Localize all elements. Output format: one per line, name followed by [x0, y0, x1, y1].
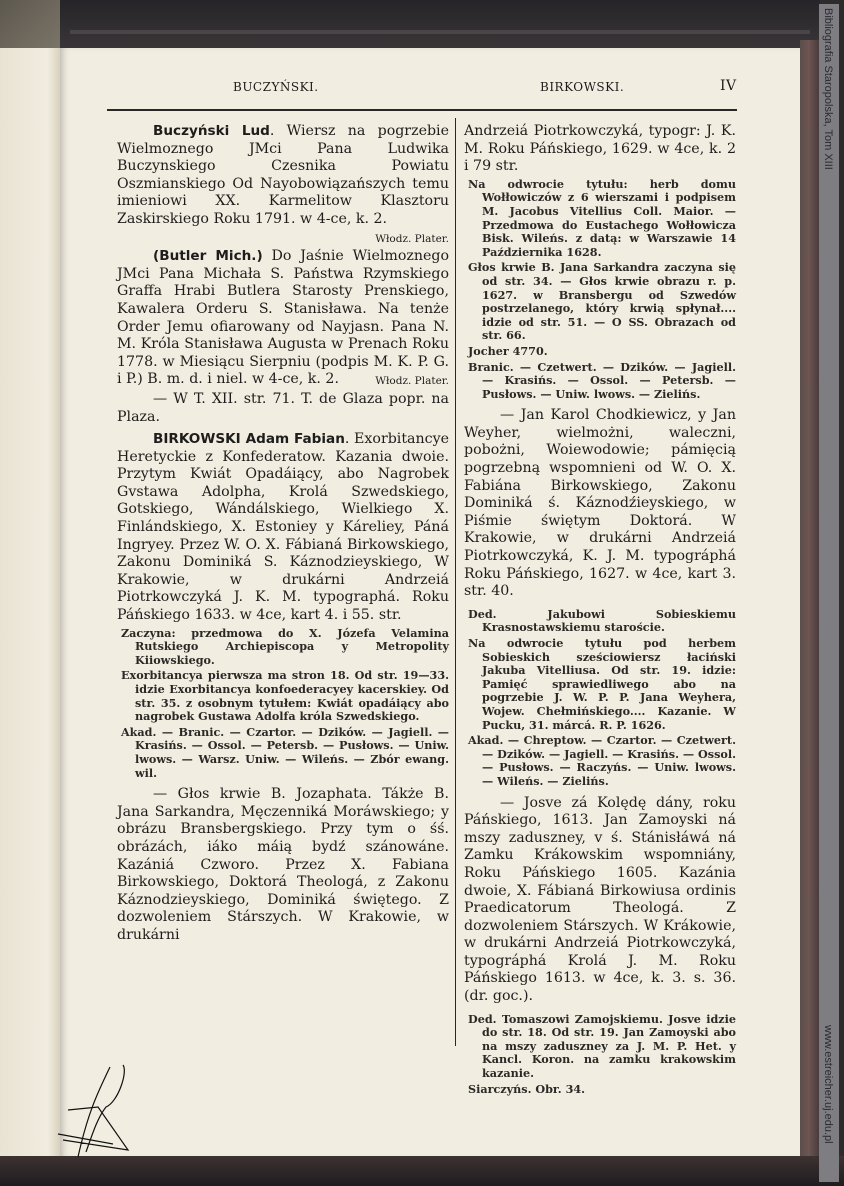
- dedication-note: Ded. Tomaszowi Zamojskiemu. Josve idzie …: [464, 1013, 736, 1081]
- watermark-title: Bibliografia Staropolska, Tom XIII: [822, 8, 834, 170]
- entry-chodkiewicz: — Jan Karol Chodkiewicz, y Jan Weyher, w…: [464, 407, 736, 601]
- entry-buczynski: Buczyński Lud. Wiersz na pogrzebie Wielm…: [117, 123, 449, 229]
- watermark-url: www.estreicher.uj.edu.pl: [822, 1025, 834, 1144]
- source-library: Włodz. Plater.: [339, 373, 449, 391]
- header-rule: [107, 109, 737, 111]
- binding-band: [70, 30, 810, 34]
- entry-text: Do Jaśnie Wielmoznego JMci Pana Michała …: [117, 248, 449, 387]
- right-column: Andrzeiá Piotrkowczyká, typogr: J. K. M.…: [464, 123, 736, 1098]
- dedication-note: Ded. Jakubowi Sobieskiemu Krasnostawskie…: [464, 608, 736, 635]
- handwritten-signature-icon: [48, 1062, 138, 1162]
- left-page-edge: [0, 48, 60, 1158]
- entry-glos-krwie: — Głos krwie B. Jozaphata. Tákże B. Jana…: [117, 786, 449, 944]
- entry-note: Exorbitancya pierwsza ma stron 18. Od st…: [117, 669, 449, 723]
- entry-heading: (Butler Mich.): [153, 248, 263, 264]
- entry-birkowski: BIRKOWSKI Adam Fabian. Exorbitancye Here…: [117, 431, 449, 625]
- watermark-strip: [819, 4, 839, 1182]
- entry-note: Na odwrocie tytułu: herb domu Wołłowiczó…: [464, 178, 736, 260]
- entry-heading: BIRKOWSKI Adam Fabian: [153, 431, 345, 447]
- bibliographic-reference: Jocher 4770.: [464, 345, 736, 359]
- bibliographic-reference: Siarczyńs. Obr. 34.: [464, 1083, 736, 1097]
- entry-glos-krwie-cont: Andrzeiá Piotrkowczyká, typogr: J. K. M.…: [464, 123, 736, 176]
- entry-josve: — Josve zá Kolędę dány, roku Páńskiego, …: [464, 795, 736, 1006]
- entry-note: Na odwrocie tytułu pod herbem Sobieskich…: [464, 637, 736, 732]
- library-holdings: Branic. — Czetwert. — Dzików. — Jagiell.…: [464, 361, 736, 402]
- entry-butler: (Butler Mich.) Do Jaśnie Wielmoznego JMc…: [117, 248, 449, 389]
- running-head-left: BUCZYŃSKI.: [233, 80, 319, 94]
- library-holdings: Akad. — Branic. — Czartor. — Dzików. — J…: [117, 726, 449, 780]
- correction-note: — W T. XII. str. 71. T. de Glaza popr. n…: [117, 391, 449, 426]
- page-number: IV: [720, 78, 737, 94]
- left-column: Buczyński Lud. Wiersz na pogrzebie Wielm…: [117, 123, 449, 946]
- entry-text: . Exorbitancye Heretyckie z Konfederatow…: [117, 431, 449, 623]
- book-cover-corner: [0, 0, 60, 50]
- running-head-right: BIRKOWSKI.: [540, 80, 624, 94]
- column-divider: [455, 118, 456, 1046]
- entry-note: Głos krwie B. Jana Sarkandra zaczyna się…: [464, 261, 736, 343]
- library-holdings: Akad. — Chreptow. — Czartor. — Czetwert.…: [464, 734, 736, 788]
- entry-heading: Buczyński Lud: [153, 123, 270, 139]
- book-binding-top: [60, 0, 820, 50]
- entry-note: Zaczyna: przedmowa do X. Józefa Velamina…: [117, 627, 449, 668]
- source-library: Włodz. Plater.: [339, 231, 449, 249]
